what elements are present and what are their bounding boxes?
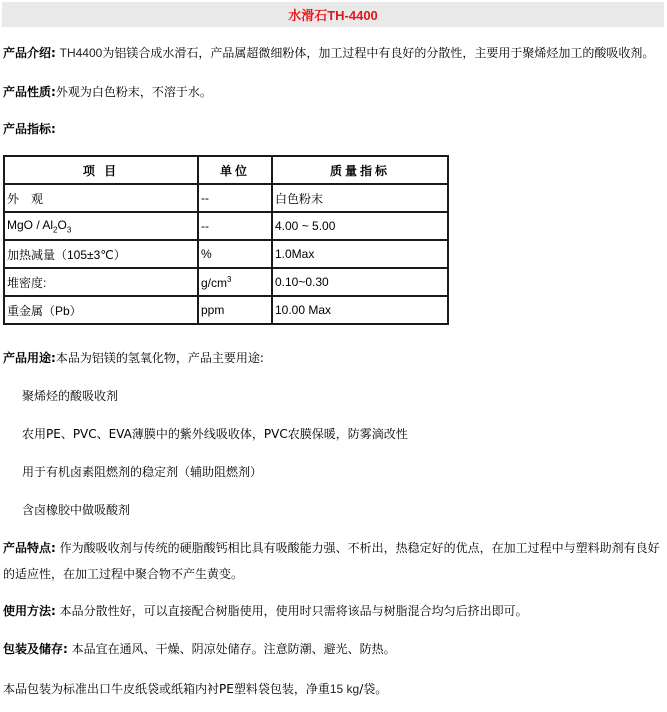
formula-sub: 3 [67, 225, 71, 234]
intro-text: 为铝镁合成水滑石，产品属超微细粉体，加工过程中有良好的分散性，主要用于聚烯烃加工… [102, 46, 654, 60]
table-row: MgO / Al2O3 -- 4.00 ~ 5.00 [4, 212, 448, 240]
table-header-row: 项 目 单位 质量指标 [4, 156, 448, 184]
specs-heading-text: 产品指标: [3, 122, 56, 136]
list-item: 含卤橡胶中做吸酸剂 [22, 501, 130, 519]
intro-model: TH4400 [60, 46, 103, 60]
cell-value: 0.10~0.30 [272, 268, 448, 296]
header-value: 质量指标 [272, 156, 448, 184]
cell-value: 10.00 Max [272, 296, 448, 324]
header-item: 项 目 [4, 156, 198, 184]
title-bar: 水滑石TH-4400 [2, 2, 664, 27]
packaging-paragraph: 本品包装为标准出口牛皮纸袋或纸箱内衬PE塑料袋包装，净重15 kg/袋。 [3, 680, 387, 698]
cell-item: 加热减量（105±3℃） [4, 240, 198, 268]
table-row: 重金属（Pb） ppm 10.00 Max [4, 296, 448, 324]
cell-item: MgO / Al2O3 [4, 212, 198, 240]
formula-part: MgO / Al [7, 218, 53, 232]
intro-label: 产品介绍: [3, 46, 56, 60]
properties-text: 外观为白色粉末，不溶于水。 [56, 85, 212, 99]
usage-label: 使用方法: [3, 604, 56, 618]
cell-unit: -- [198, 212, 272, 240]
cell-value: 白色粉末 [272, 184, 448, 212]
intro-paragraph: 产品介绍: TH4400为铝镁合成水滑石，产品属超微细粉体，加工过程中有良好的分… [3, 44, 654, 62]
properties-label: 产品性质: [3, 85, 56, 99]
storage-text: 本品宜在通风、干燥、阴凉处储存。注意防潮、避光、防热。 [68, 642, 396, 656]
table-row: 堆密度: g/cm3 0.10~0.30 [4, 268, 448, 296]
cell-item: 重金属（Pb） [4, 296, 198, 324]
storage-paragraph: 包装及储存: 本品宜在通风、干燥、阴凉处储存。注意防潮、避光、防热。 [3, 640, 396, 658]
uses-label: 产品用途: [3, 351, 56, 365]
list-item: 用于有机卤素阻燃剂的稳定剂（辅助阻燃剂） [22, 463, 262, 481]
features-paragraph: 产品特点: 作为酸吸收剂与传统的硬脂酸钙相比具有吸酸能力强、不析出，热稳定好的优… [3, 535, 663, 587]
features-text: 作为酸吸收剂与传统的硬脂酸钙相比具有吸酸能力强、不析出，热稳定好的优点，在加工过… [3, 541, 660, 581]
packaging-unit: /袋。 [359, 682, 387, 696]
usage-paragraph: 使用方法: 本品分散性好，可以直接配合树脂使用，使用时只需将该品与树脂混合均匀后… [3, 602, 528, 620]
packaging-text: 本品包装为标准出口牛皮纸袋或纸箱内衬PE塑料袋包装，净重 [3, 682, 330, 696]
uses-paragraph: 产品用途:本品为铝镁的氢氧化物，产品主要用途: [3, 349, 264, 367]
features-label: 产品特点: [3, 541, 56, 555]
uses-text: 本品为铝镁的氢氧化物，产品主要用途: [56, 351, 264, 365]
cell-unit: ppm [198, 296, 272, 324]
unit-base: g/cm [201, 276, 227, 290]
unit-sup: 3 [227, 275, 231, 284]
spec-table: 项 目 单位 质量指标 外 观 -- 白色粉末 MgO / Al2O3 -- 4… [3, 155, 449, 325]
cell-item: 外 观 [4, 184, 198, 212]
specs-heading: 产品指标: [3, 120, 56, 138]
table-row: 加热减量（105±3℃） % 1.0Max [4, 240, 448, 268]
cell-unit: g/cm3 [198, 268, 272, 296]
cell-unit: % [198, 240, 272, 268]
list-item: 聚烯烃的酸吸收剂 [22, 387, 118, 405]
cell-unit: -- [198, 184, 272, 212]
cell-value: 1.0Max [272, 240, 448, 268]
cell-value: 4.00 ~ 5.00 [272, 212, 448, 240]
formula-part: O [57, 218, 66, 232]
storage-label: 包装及储存: [3, 642, 68, 656]
table-row: 外 观 -- 白色粉末 [4, 184, 448, 212]
page-title: 水滑石TH-4400 [288, 5, 378, 24]
usage-text: 本品分散性好，可以直接配合树脂使用，使用时只需将该品与树脂混合均匀后挤出即可。 [56, 604, 528, 618]
header-unit: 单位 [198, 156, 272, 184]
list-item: 农用PE、PVC、EVA薄膜中的紫外线吸收体，PVC农膜保暖，防雾滴改性 [22, 425, 408, 443]
packaging-weight: 15 kg [330, 682, 359, 696]
properties-paragraph: 产品性质:外观为白色粉末，不溶于水。 [3, 83, 212, 101]
cell-item: 堆密度: [4, 268, 198, 296]
